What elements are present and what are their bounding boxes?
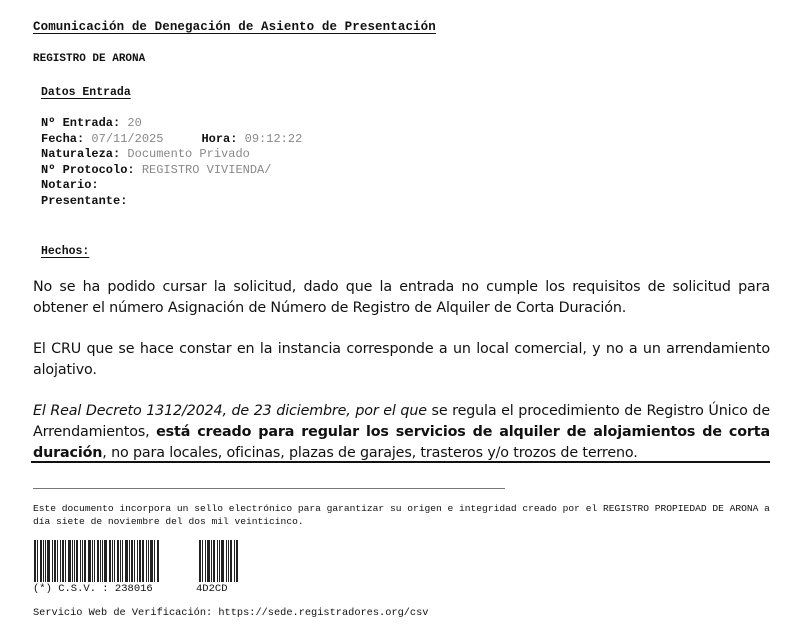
barcode-bar — [72, 540, 73, 582]
barcode-bar — [68, 540, 71, 582]
field-value: 07/11/2025 — [91, 132, 163, 146]
barcode-bar — [88, 540, 91, 582]
csv-code: (*) C.S.V. : 238016 — [33, 583, 153, 595]
barcode-bar — [74, 540, 75, 582]
barcode-bar — [213, 540, 215, 582]
barcode-bar — [134, 540, 135, 582]
paragraph-text: , no para locales, oficinas, plazas de g… — [102, 445, 637, 461]
barcode-bar — [142, 540, 144, 582]
barcode-bar — [104, 540, 107, 582]
barcode-bar — [157, 540, 159, 582]
field-notario: Notario: — [41, 178, 302, 194]
datos-entrada-heading: Datos Entrada — [41, 86, 131, 99]
barcode-bar — [230, 540, 232, 582]
barcode-bar — [146, 540, 147, 582]
document-title: Comunicación de Denegación de Asiento de… — [33, 20, 436, 34]
field-value: REGISTRO VIVIENDA/ — [142, 163, 272, 177]
check-barcode — [199, 540, 239, 582]
datos-entrada-fields: Nº Entrada: 20 Fecha: 07/11/2025Hora: 09… — [41, 116, 302, 210]
barcode-bar — [62, 540, 64, 582]
barcode-bar — [60, 540, 61, 582]
barcode-bar — [217, 540, 218, 582]
hechos-paragraph-3: El Real Decreto 1312/2024, de 23 diciemb… — [33, 401, 770, 464]
field-label: Naturaleza: — [41, 147, 120, 161]
barcode-bar — [211, 540, 212, 582]
barcode-bar — [82, 540, 83, 582]
barcode-bar — [57, 540, 58, 582]
field-value: 20 — [127, 116, 141, 130]
barcode-bar — [137, 540, 138, 582]
barcode-bar — [43, 540, 44, 582]
barcode-bar — [94, 540, 95, 582]
content-divider — [31, 461, 770, 463]
barcode-bar — [54, 540, 56, 582]
field-label: Fecha: — [41, 132, 84, 146]
barcode-bar — [112, 540, 113, 582]
field-entrada: Nº Entrada: 20 — [41, 116, 302, 132]
field-fecha-hora: Fecha: 07/11/2025Hora: 09:12:22 — [41, 132, 302, 148]
field-presentante: Presentante: — [41, 194, 302, 210]
barcode-bar — [92, 540, 93, 582]
field-naturaleza: Naturaleza: Documento Privado — [41, 147, 302, 163]
barcode-bar — [114, 540, 115, 582]
barcode-bar — [65, 540, 66, 582]
hechos-heading: Hechos: — [41, 245, 89, 258]
barcode-bar — [221, 540, 224, 582]
barcode-bar — [97, 540, 99, 582]
verification-url: Servicio Web de Verificación: https://se… — [33, 607, 428, 619]
check-code: 4D2CD — [196, 583, 228, 595]
field-label: Notario: — [41, 178, 99, 192]
barcode-bar — [202, 540, 203, 582]
barcode-bar — [154, 540, 155, 582]
barcode-bar — [40, 540, 42, 582]
barcode-bar — [131, 540, 133, 582]
barcode-bar — [117, 540, 119, 582]
barcode-bar — [76, 540, 78, 582]
barcode-bar — [80, 540, 81, 582]
csv-barcode — [34, 540, 160, 582]
field-label: Presentante: — [41, 194, 127, 208]
hechos-paragraph-2: El CRU que se hace constar en la instanc… — [33, 339, 770, 381]
barcode-bar — [226, 540, 227, 582]
barcode-bar — [52, 540, 53, 582]
barcode-bar — [47, 540, 50, 582]
barcode-bar — [100, 540, 101, 582]
barcode-bar — [228, 540, 229, 582]
barcode-bar — [37, 540, 38, 582]
seal-notice: Este documento incorpora un sello electr… — [33, 503, 778, 528]
barcode-bar — [199, 540, 201, 582]
barcode-bar — [122, 540, 123, 582]
barcode-bar — [207, 540, 210, 582]
barcode-bar — [102, 540, 103, 582]
barcode-bar — [236, 540, 238, 582]
barcode-bar — [129, 540, 130, 582]
barcode-bar — [125, 540, 128, 582]
registry-name: REGISTRO DE ARONA — [33, 53, 145, 65]
footer-divider — [33, 488, 505, 489]
field-label-hora: Hora: — [201, 132, 237, 146]
field-label: Nº Entrada: — [41, 116, 120, 130]
field-protocolo: Nº Protocolo: REGISTRO VIVIENDA/ — [41, 163, 302, 179]
decree-reference: El Real Decreto 1312/2024, de 23 diciemb… — [33, 403, 427, 419]
barcode-bar — [120, 540, 121, 582]
barcode-bar — [234, 540, 235, 582]
barcode-bar — [148, 540, 149, 582]
barcode-bar — [205, 540, 206, 582]
hechos-paragraph-1: No se ha podido cursar la solicitud, dad… — [33, 277, 770, 319]
barcode-bar — [84, 540, 86, 582]
barcode-bar — [219, 540, 220, 582]
field-label: Nº Protocolo: — [41, 163, 135, 177]
barcode-bar — [139, 540, 141, 582]
barcode-bar — [109, 540, 111, 582]
field-value-hora: 09:12:22 — [245, 132, 303, 146]
barcode-bar — [45, 540, 46, 582]
barcode-bar — [150, 540, 153, 582]
field-value: Documento Privado — [127, 147, 249, 161]
barcode-bar — [34, 540, 36, 582]
